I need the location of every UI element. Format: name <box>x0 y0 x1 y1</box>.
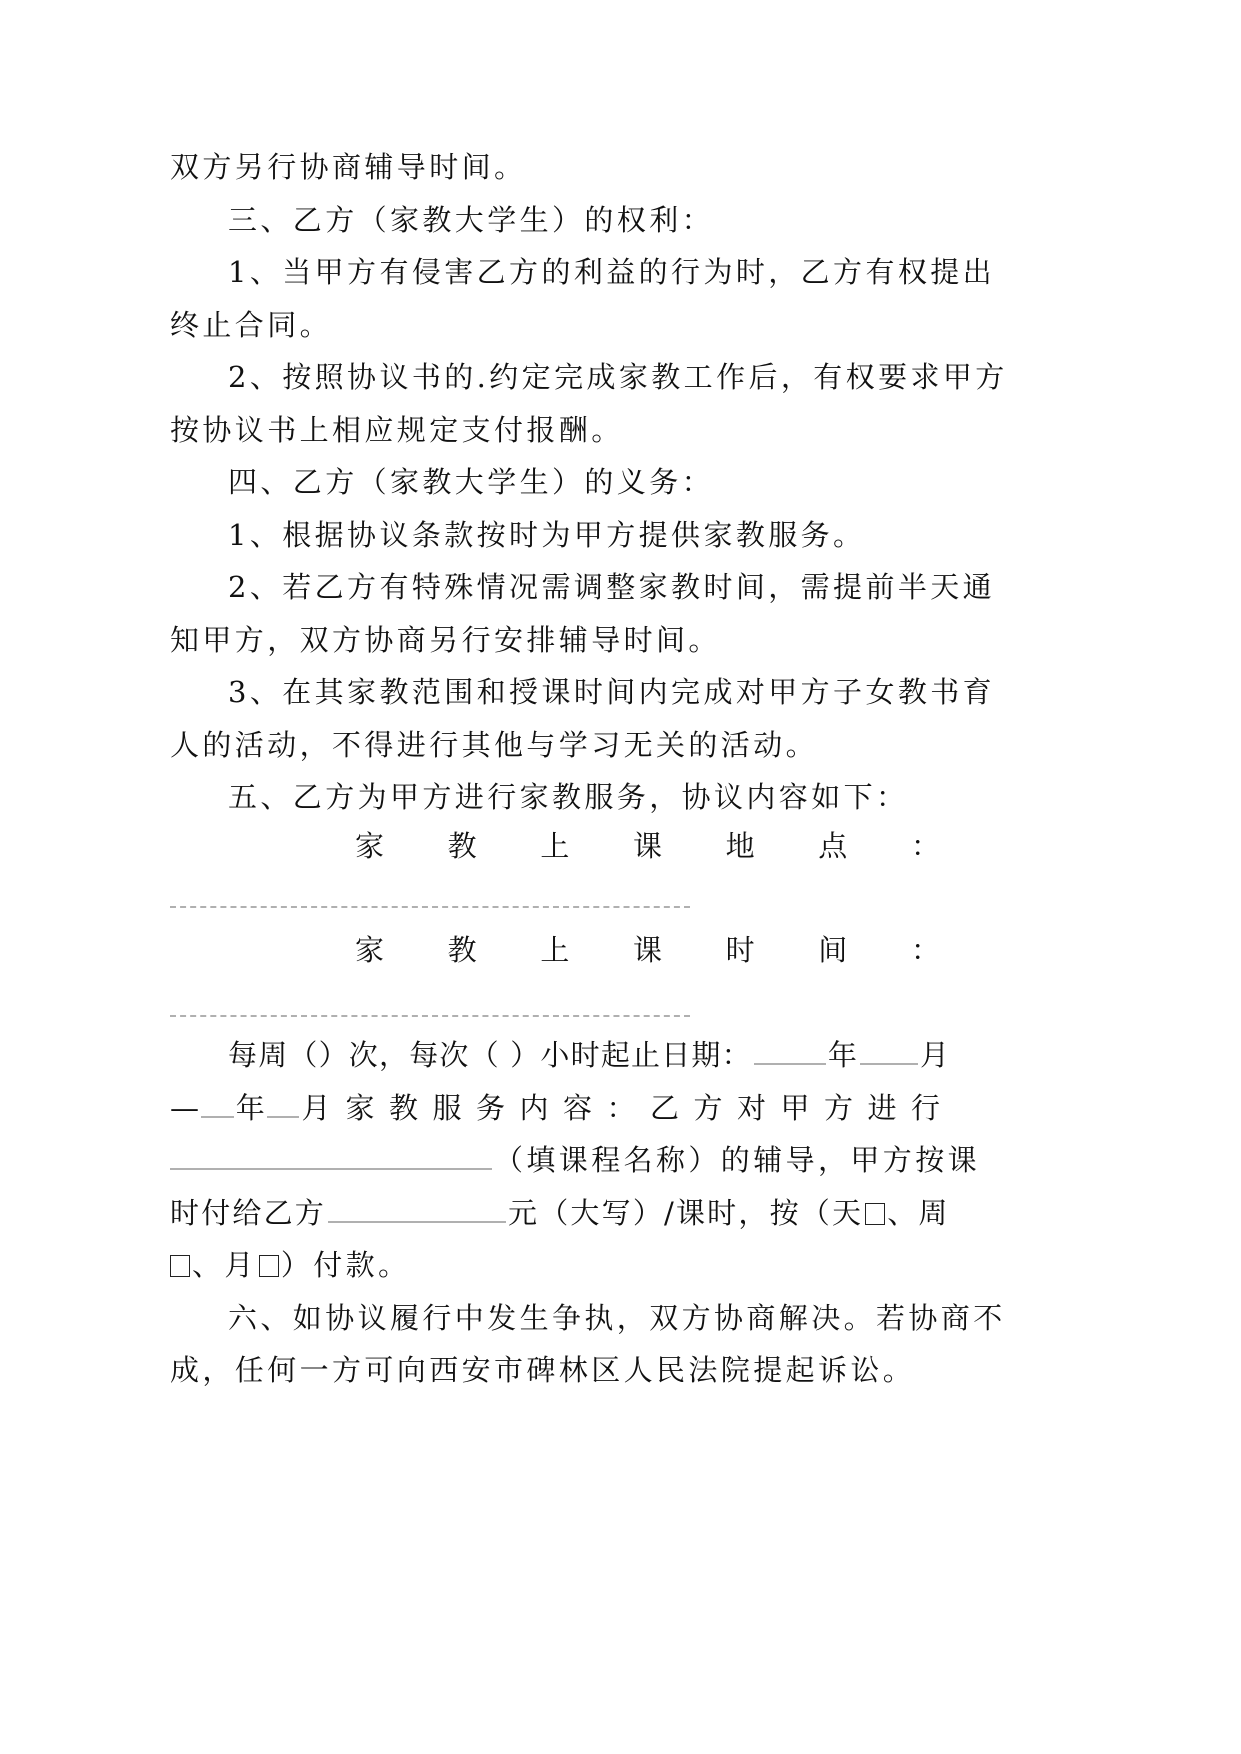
year-label: 年 <box>236 1088 265 1128</box>
end-month-blank[interactable] <box>267 1088 300 1118</box>
paragraph-line: 终止合同。 <box>170 305 332 345</box>
time-label: 家 教 上 课 时 间 ： <box>355 930 940 970</box>
month-label: 月 <box>301 1088 345 1128</box>
label-char: ： <box>911 930 940 970</box>
label-char: 课 <box>633 930 662 970</box>
week-label: 、周 <box>887 1193 949 1233</box>
paragraph-line: 1、当甲方有侵害乙方的利益的行为时，乙方有权提出 <box>228 252 995 292</box>
label-char: 家 <box>355 826 384 866</box>
paragraph-line: 成，任何一方可向西安市碑林区人民法院提起诉讼。 <box>170 1350 915 1390</box>
paragraph-line: 知甲方，双方协商另行安排辅导时间。 <box>170 620 721 660</box>
checkbox-month[interactable] <box>259 1255 279 1277</box>
dash: — <box>170 1088 199 1128</box>
month-option-label: 、月 <box>192 1245 257 1285</box>
schedule-line-5: 、月）付款。 <box>170 1245 410 1285</box>
paragraph-line: 双方另行协商辅导时间。 <box>170 147 526 187</box>
label-char: 教 <box>448 930 477 970</box>
label-char: 家 <box>355 930 384 970</box>
label-char: 教 <box>448 826 477 866</box>
location-label: 家 教 上 课 地 点 ： <box>355 826 940 866</box>
label-char: 间 <box>818 930 847 970</box>
paragraph-line: 按协议书上相应规定支付报酬。 <box>170 410 624 450</box>
section-heading-dispute: 六、如协议履行中发生争执，双方协商解决。若协商不 <box>228 1298 1006 1338</box>
start-year-blank[interactable] <box>754 1035 826 1065</box>
label-char: 点 <box>818 826 847 866</box>
course-name-text: （填课程名称）的辅导，甲方按课 <box>494 1140 980 1180</box>
paragraph-line: 2、按照协议书的.约定完成家教工作后，有权要求甲方 <box>228 357 1008 397</box>
paragraph-line: 3、在其家教范围和授课时间内完成对甲方子女教书育 <box>228 672 995 712</box>
schedule-frequency-text: 每周（）次，每次（ ）小时起止日期： <box>228 1035 752 1075</box>
schedule-line-1: 每周（）次，每次（ ）小时起止日期：年月 <box>228 1035 950 1075</box>
schedule-line-3: （填课程名称）的辅导，甲方按课 <box>170 1140 980 1180</box>
time-blank-line[interactable] <box>170 1015 690 1017</box>
section-heading-duties: 四、乙方（家教大学生）的义务： <box>228 462 714 502</box>
start-month-blank[interactable] <box>860 1035 918 1065</box>
checkbox-day[interactable] <box>865 1203 885 1225</box>
paragraph-line: 1、根据协议条款按时为甲方提供家教服务。 <box>228 515 865 555</box>
service-content-text: 家教服务内容：乙方对甲方进行 <box>345 1088 954 1128</box>
amount-unit-text: 元（大写）/课时，按（天 <box>508 1193 863 1233</box>
pay-to-text: 时付给乙方 <box>170 1193 326 1233</box>
paragraph-line: 人的活动，不得进行其他与学习无关的活动。 <box>170 725 818 765</box>
month-label: 月 <box>920 1035 950 1075</box>
end-year-blank[interactable] <box>201 1088 234 1118</box>
payment-text: ）付款。 <box>281 1245 411 1285</box>
amount-blank[interactable] <box>328 1193 506 1223</box>
year-label: 年 <box>828 1035 858 1075</box>
label-char: 上 <box>540 826 569 866</box>
checkbox-week[interactable] <box>170 1255 190 1277</box>
label-char: ： <box>911 826 940 866</box>
schedule-line-4: 时付给乙方元（大写）/课时，按（天、周 <box>170 1193 950 1233</box>
schedule-line-2: — 年 月 家教服务内容：乙方对甲方进行 <box>170 1088 940 1128</box>
label-char: 上 <box>540 930 569 970</box>
section-heading-agreement: 五、乙方为甲方进行家教服务，协议内容如下： <box>228 777 908 817</box>
location-blank-line[interactable] <box>170 906 690 908</box>
section-heading-rights: 三、乙方（家教大学生）的权利： <box>228 200 714 240</box>
label-char: 时 <box>726 930 755 970</box>
label-char: 课 <box>633 826 662 866</box>
course-name-blank[interactable] <box>170 1140 492 1170</box>
paragraph-line: 2、若乙方有特殊情况需调整家教时间，需提前半天通 <box>228 567 995 607</box>
label-char: 地 <box>726 826 755 866</box>
